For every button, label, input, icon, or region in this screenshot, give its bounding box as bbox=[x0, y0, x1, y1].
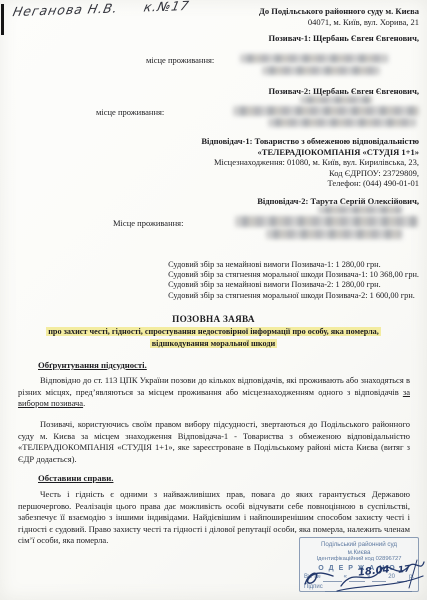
defendant1-line2: «ТЕЛЕРАДІОКОМПАНІЯ «СТУДІЯ 1+1» bbox=[201, 147, 419, 158]
fee-line: Судовий збір за немайнові вимоги Позивач… bbox=[168, 280, 419, 290]
court-address: 04071, м. Київ, вул. Хорива, 21 bbox=[259, 17, 419, 28]
court-header: До Подільського районного суду м. Києва … bbox=[259, 6, 419, 27]
redacted-address bbox=[268, 118, 416, 127]
document-title: ПОЗОВНА ЗАЯВА bbox=[0, 314, 427, 324]
paragraph-text: Відповідно до ст. 113 ЦПК України позови… bbox=[18, 375, 410, 397]
court-fees-block: Судовий збір за немайнові вимоги Позивач… bbox=[168, 260, 419, 301]
signature-handwriting bbox=[297, 558, 427, 598]
redacted-address bbox=[240, 54, 388, 63]
highlighted-text: відшкодування моральної шкоди bbox=[150, 339, 277, 348]
plaintiff2-residence-label: місце проживання: bbox=[96, 107, 164, 118]
defendant1-edrpou: Код ЄДРПОУ: 23729809, bbox=[201, 168, 419, 179]
jurisdiction-paragraph-2: Позивачі, користуючись своїм правом вибо… bbox=[18, 419, 410, 465]
redacted-address bbox=[266, 229, 402, 239]
defendant2-residence-label: Місце проживання: bbox=[113, 218, 183, 229]
jurisdiction-heading: Обґрунтування підсудності. bbox=[38, 360, 147, 370]
fee-line: Судовий збір за стягнення моральної шкод… bbox=[168, 291, 419, 301]
stamp-court-name: Подільський районний суд bbox=[300, 541, 418, 549]
defendant1-location: Місцезнаходження: 01080, м. Київ, вул. К… bbox=[201, 157, 419, 168]
plaintiff2-title: Позивач-2: Щербань Євген Євгенович, bbox=[269, 86, 419, 97]
handwritten-annotation: Неганова Н.В.к.№17 bbox=[11, 0, 191, 19]
defendant1-line1: Відповідач-1: Товариство з обмеженою від… bbox=[201, 136, 419, 147]
redacted-address bbox=[318, 206, 402, 214]
highlighted-text: про захист честі, гідності, спростування… bbox=[46, 327, 381, 336]
jurisdiction-paragraph-1: Відповідно до ст. 113 ЦПК України позови… bbox=[18, 375, 410, 410]
defendant1-phone: Телефон: (044) 490-01-01 bbox=[201, 178, 419, 189]
document-subtitle-line1: про захист честі, гідності, спростування… bbox=[0, 326, 427, 338]
circumstances-heading: Обставини справи. bbox=[38, 473, 113, 483]
court-name: До Подільського районного суду м. Києва bbox=[259, 6, 419, 17]
handwritten-case-note: к.№17 bbox=[142, 0, 191, 15]
fee-line: Судовий збір за стягнення моральної шкод… bbox=[168, 270, 419, 280]
plaintiff1-residence-label: місце проживання: bbox=[146, 55, 214, 66]
handwritten-name: Неганова Н.В. bbox=[11, 0, 119, 19]
redacted-address bbox=[300, 96, 372, 104]
redacted-address bbox=[233, 106, 419, 116]
defendant2-title: Відповідач-2: Тарута Сергій Олексійович, bbox=[257, 196, 419, 207]
fee-line: Судовий збір за немайнові вимоги Позивач… bbox=[168, 260, 419, 270]
redacted-address bbox=[235, 216, 418, 227]
plaintiff1-title: Позивач-1: Щербань Євген Євгенович, bbox=[269, 33, 419, 44]
document-subtitle-line2: відшкодування моральної шкоди bbox=[0, 338, 427, 350]
redacted-address bbox=[262, 66, 380, 75]
defendant1-block: Відповідач-1: Товариство з обмеженою від… bbox=[201, 136, 419, 189]
scan-edge-artifact bbox=[1, 4, 4, 35]
scanned-court-document: Неганова Н.В.к.№17 До Подільського район… bbox=[0, 0, 427, 600]
